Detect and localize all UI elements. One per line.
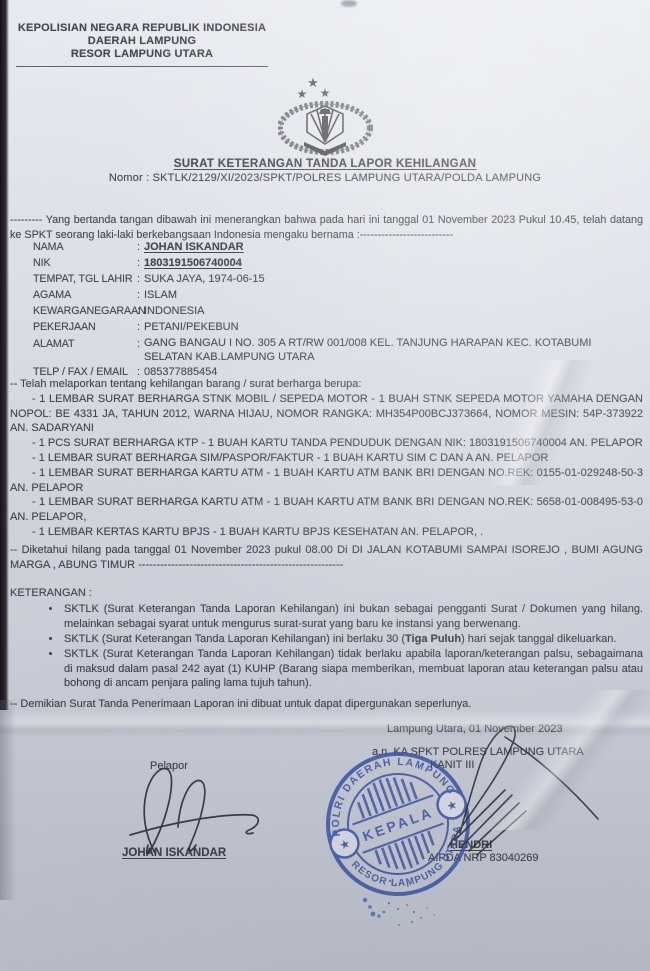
identity-label: ALAMAT [33, 336, 137, 352]
identity-row-nama: NAMA JOHAN ISKANDAR [33, 239, 639, 255]
notes-heading: KETERANGAN : [10, 586, 643, 601]
identity-row-nik: NIK 1803191506740004 [33, 255, 639, 271]
note-bullet-2: SKTLK (Surat Keterangan Tanda Laporan Ke… [62, 632, 643, 647]
identity-section: NAMA JOHAN ISKANDAR NIK 1803191506740004… [33, 239, 639, 380]
identity-value: ISLAM [144, 287, 639, 303]
report-item: - 1 LEMBAR SURAT BERHARGA STNK MOBIL / S… [10, 392, 643, 436]
identity-row-kewarganegaraan: KEWARGANEGARAAN INDONESIA [33, 303, 639, 319]
identity-value: SUKA JAYA, 1974-06-15 [144, 271, 639, 287]
colon [137, 255, 144, 271]
identity-row-pekerjaan: PEKERJAAN PETANI/PEKEBUN [33, 319, 639, 335]
photo-smudge [341, 0, 357, 7]
identity-row-ttl: TEMPAT, TGL LAHIR SUKA JAYA, 1974-06-15 [33, 271, 639, 287]
colon [137, 239, 144, 255]
svg-text:★: ★ [297, 87, 308, 101]
polri-emblem-icon: ★ ★ ★ [278, 72, 378, 160]
identity-value: INDONESIA [144, 303, 639, 319]
colon [137, 287, 144, 303]
svg-text:★: ★ [307, 75, 319, 90]
note-bullet-3: SKTLK (Surat Keterangan Tanda Laporan Ke… [62, 647, 643, 692]
identity-row-agama: AGAMA ISLAM [33, 287, 639, 303]
notes-section: KETERANGAN : SKTLK (Surat Keterangan Tan… [10, 586, 643, 691]
identity-value: 1803191506740004 [144, 255, 639, 271]
identity-row-alamat: ALAMAT GANG BANGAU I NO. 305 A RT/RW 001… [33, 336, 639, 364]
reporter-signature [100, 755, 300, 865]
colon [137, 271, 144, 287]
alamat-line1: GANG BANGAU I NO. 305 A RT/RW 001/008 KE… [144, 336, 639, 350]
report-item: - 1 LEMBAR SURAT BERHARGA KARTU ATM - 1 … [10, 495, 643, 525]
svg-text:★: ★ [320, 86, 331, 100]
report-item: - 1 LEMBAR KERTAS KARTU BPJS - 1 BUAH KA… [10, 525, 643, 540]
document-title: SURAT KETERANGAN TANDA LAPOR KEHILANGAN [0, 157, 650, 170]
report-item: - 1 LEMBAR SURAT BERHARGA KARTU ATM - 1 … [10, 466, 643, 496]
ink-specks [350, 872, 460, 942]
photographed-document: KEPOLISIAN NEGARA REPUBLIK INDONESIA DAE… [0, 0, 650, 971]
identity-label: KEWARGANEGARAAN [33, 303, 137, 319]
report-item: - 1 PCS SURAT BERHARGA KTP - 1 BUAH KART… [10, 436, 643, 451]
notes-list: SKTLK (Surat Keterangan Tanda Laporan Ke… [10, 602, 643, 691]
report-section: -- Telah melaporkan tentang kehilangan b… [10, 377, 643, 540]
identity-value: JOHAN ISKANDAR [144, 239, 639, 255]
identity-label: TEMPAT, TGL LAHIR [33, 271, 137, 287]
colon [137, 336, 144, 352]
document-number: Nomor : SKTLK/2129/XI/2023/SPKT/POLRES L… [0, 172, 650, 184]
identity-label: NAMA [33, 239, 137, 255]
identity-label: PEKERJAAN [33, 319, 137, 335]
report-lead: -- Telah melaporkan tentang kehilangan b… [10, 377, 643, 392]
title-block: SURAT KETERANGAN TANDA LAPOR KEHILANGAN … [0, 157, 650, 184]
letterhead-line2: DAERAH LAMPUNG [16, 35, 268, 48]
colon [137, 303, 144, 319]
letterhead-line3: RESOR LAMPUNG UTARA [16, 48, 268, 61]
report-item: - 1 LEMBAR SURAT BERHARGA SIM/PASPOR/FAK… [10, 451, 643, 466]
note-bullet-1: SKTLK (Surat Keterangan Tanda Laporan Ke… [62, 602, 643, 632]
identity-label: AGAMA [33, 287, 137, 303]
note-bullet-2-bold: Tiga Puluh [405, 633, 461, 645]
photo-left-edge [0, 0, 9, 710]
lost-statement: -- Diketahui hilang pada tanggal 01 Nove… [10, 543, 643, 573]
identity-value: GANG BANGAU I NO. 305 A RT/RW 001/008 KE… [144, 336, 639, 364]
letterhead-line1: KEPOLISIAN NEGARA REPUBLIK INDONESIA [16, 22, 268, 35]
letterhead: KEPOLISIAN NEGARA REPUBLIK INDONESIA DAE… [16, 22, 268, 67]
identity-value: PETANI/PEKEBUN [144, 319, 639, 335]
closing-statement: -- Demikian Surat Tanda Penerimaan Lapor… [10, 698, 643, 710]
note-bullet-2-pre: SKTLK (Surat Keterangan Tanda Laporan Ke… [64, 633, 405, 645]
identity-label: NIK [33, 255, 137, 271]
colon [137, 319, 144, 335]
photo-left-shadow [0, 700, 16, 900]
note-bullet-2-post: ) hari sejak tanggal dikeluarkan. [461, 633, 616, 645]
alamat-line2: SELATAN KAB.LAMPUNG UTARA [144, 350, 639, 364]
